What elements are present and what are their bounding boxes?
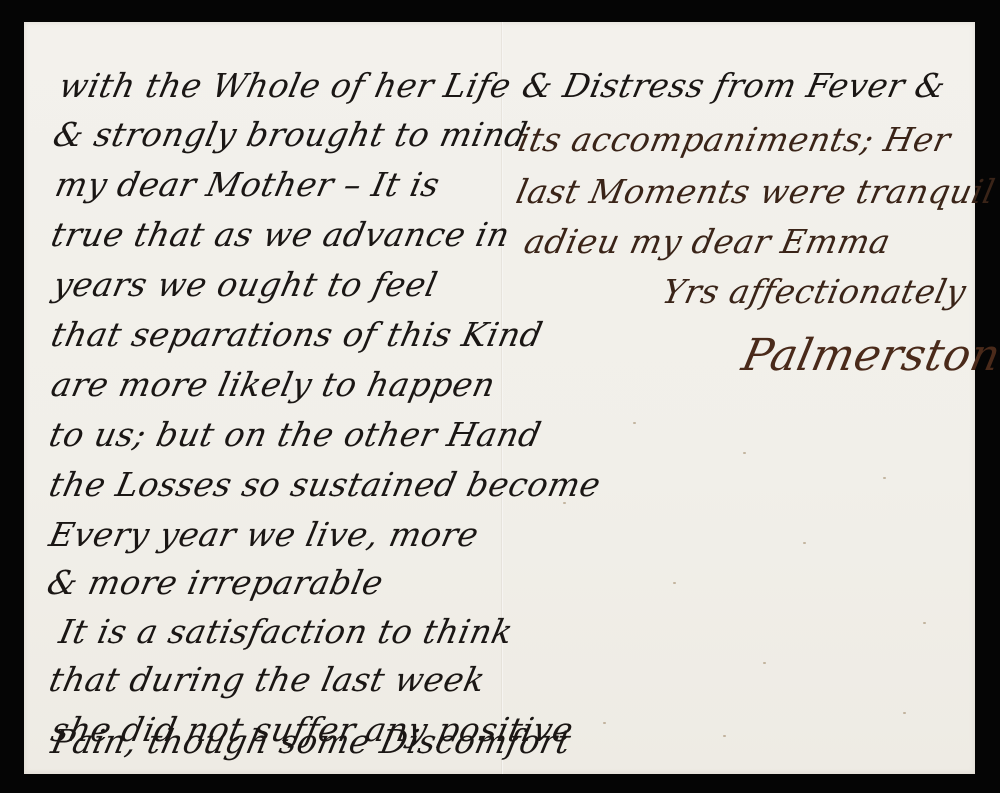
paper-speck xyxy=(723,735,726,737)
text-line: that separations of this Kind xyxy=(48,315,546,354)
signature: Palmerston xyxy=(738,330,1000,381)
text-line: It is a satisfaction to think xyxy=(56,612,517,651)
paper-speck xyxy=(743,452,746,454)
text-line: true that as we advance in xyxy=(48,215,514,254)
text-line: with the Whole of her Life xyxy=(56,66,515,105)
paper-speck xyxy=(563,502,566,504)
text-line: Pain, though some Discomfort xyxy=(48,722,575,761)
right-page: & Distress from Fever & its accompanimen… xyxy=(503,22,975,774)
text-line: its accompaniments; Her xyxy=(515,120,954,159)
paper-speck xyxy=(673,582,676,584)
paper-speck xyxy=(603,722,606,724)
text-line: adieu my dear Emma xyxy=(521,222,894,261)
text-line: last Moments were tranquil xyxy=(513,172,999,211)
paper-speck xyxy=(633,422,636,424)
paper-speck xyxy=(803,542,806,544)
paper-speck xyxy=(923,622,926,624)
text-line: to us; but on the other Hand xyxy=(46,415,545,454)
text-line: Every year we live, more xyxy=(46,515,483,554)
text-line: & Distress from Fever & xyxy=(519,66,950,105)
text-line: are more likely to happen xyxy=(48,365,499,404)
text-line: & more irreparable xyxy=(44,563,387,602)
letter-sheet: with the Whole of her Life & strongly br… xyxy=(24,22,975,774)
paper-speck xyxy=(763,662,766,664)
left-page: with the Whole of her Life & strongly br… xyxy=(24,22,501,774)
text-line: & strongly brought to mind xyxy=(50,115,531,154)
text-line: years we ought to feel xyxy=(50,265,441,304)
closing-line: Yrs affectionately xyxy=(659,272,970,311)
paper-speck xyxy=(903,712,906,714)
text-line: my dear Mother – It is xyxy=(52,165,444,204)
text-line: that during the last week xyxy=(46,660,489,699)
paper-speck xyxy=(883,477,886,479)
